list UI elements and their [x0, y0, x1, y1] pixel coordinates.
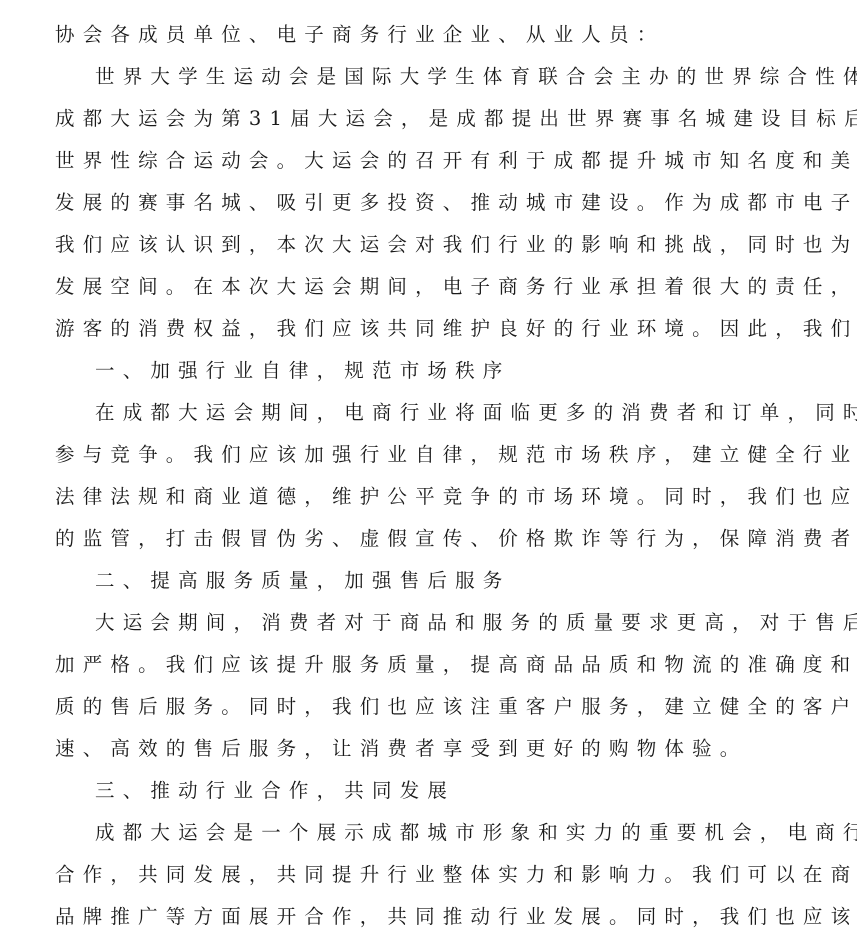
intro-paragraph-line-6: 发展空间。在本次大运会期间，电子商务行业承担着很大的责任，为保障广大市民和	[55, 272, 825, 302]
section-heading-3: 三、推动行业合作，共同发展	[95, 776, 857, 806]
section-heading-2: 二、提高服务质量，加强售后服务	[95, 566, 857, 596]
section-1-line-2: 参与竞争。我们应该加强行业自律，规范市场秩序，建立健全行业规范和标准，遵守	[55, 440, 825, 470]
section-3-line-2: 合作，共同发展，共同提升行业整体实力和影响力。我们可以在商品采购、物流配送、	[55, 860, 825, 890]
section-1-line-3: 法律法规和商业道德，维护公平竞争的市场环境。同时，我们也应该加强对不良商家	[55, 482, 825, 512]
section-3-line-3: 品牌推广等方面展开合作，共同推动行业发展。同时，我们也应该加强与政府部门的	[55, 902, 825, 932]
section-2-line-3: 质的售后服务。同时，我们也应该注重客户服务，建立健全的客户服务体系，提供快	[55, 692, 825, 722]
intro-paragraph-line-2: 成都大运会为第31届大运会，是成都提出世界赛事名城建设目标后成功申办的首个	[55, 104, 825, 134]
intro-paragraph-line-5: 我们应该认识到，本次大运会对我们行业的影响和挑战，同时也为我们带来了机遇和	[55, 230, 825, 260]
document-page: 协会各成员单位、电子商务行业企业、从业人员： 世界大学生运动会是国际大学生体育联…	[0, 0, 857, 945]
salutation-line: 协会各成员单位、电子商务行业企业、从业人员：	[55, 20, 825, 50]
section-3-line-1: 成都大运会是一个展示成都城市形象和实力的重要机会，电商行业应该加强行业	[95, 818, 857, 848]
intro-paragraph-line-3: 世界性综合运动会。大运会的召开有利于成都提升城市知名度和美誉度、打造可持续	[55, 146, 825, 176]
intro-paragraph-line-1: 世界大学生运动会是国际大学生体育联合会主办的世界综合性体育赛事。此次	[95, 62, 857, 92]
section-1-line-1: 在成都大运会期间，电商行业将面临更多的消费者和订单，同时也将有更多商家	[95, 398, 857, 428]
section-2-line-2: 加严格。我们应该提升服务质量，提高商品品质和物流的准确度和速度，提供更加优	[55, 650, 825, 680]
intro-paragraph-line-7: 游客的消费权益，我们应该共同维护良好的行业环境。因此，我们提出以下倡议：	[55, 314, 825, 344]
section-2-line-1: 大运会期间，消费者对于商品和服务的质量要求更高，对于售后服务的要求也更	[95, 608, 857, 638]
section-heading-1: 一、加强行业自律，规范市场秩序	[95, 356, 857, 386]
section-1-line-4: 的监管，打击假冒伪劣、虚假宣传、价格欺诈等行为，保障消费者的合法权益。	[55, 524, 825, 554]
intro-paragraph-line-4: 发展的赛事名城、吸引更多投资、推动城市建设。作为成都市电子商务行业的从业者，	[55, 188, 825, 218]
section-2-line-4: 速、高效的售后服务，让消费者享受到更好的购物体验。	[55, 734, 825, 764]
